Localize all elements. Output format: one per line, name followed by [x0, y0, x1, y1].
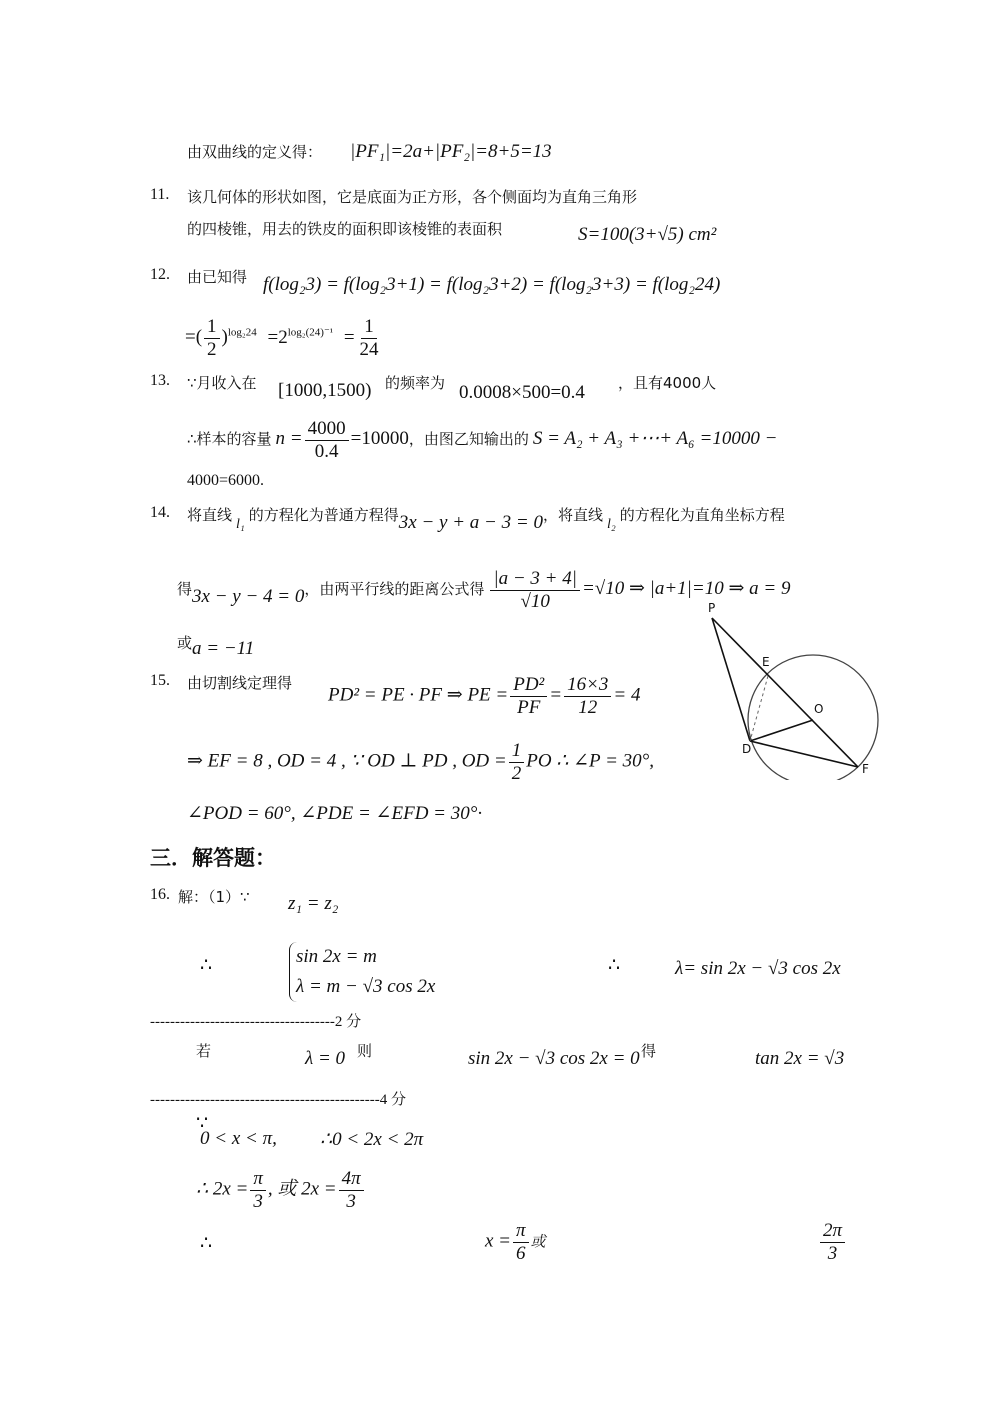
q15-line2: ⇒ EF = 8 , OD = 4 , ∵ OD ⊥ PD , OD =12PO…: [187, 740, 654, 785]
q15-line3: ∠POD = 60°, ∠PDE = ∠EFD = 30°·: [187, 802, 482, 825]
q16-score-1: -------------------------------------2 分: [150, 1010, 361, 1031]
section-heading: 三．解答题：: [150, 842, 276, 872]
q16-range1: 0 < x < π,: [200, 1128, 277, 1150]
q13-line3: 4000=6000.: [187, 472, 264, 490]
q15-number: 15.: [150, 672, 170, 690]
q16-cond: z₁ = z₂: [288, 893, 338, 915]
q16-ze: 则: [357, 1040, 372, 1061]
q11-line1: 该几何体的形状如图，它是底面为正方形，各个侧面均为直角三角形: [187, 186, 637, 207]
q12-number: 12.: [150, 266, 170, 284]
q16-x2: 2π3: [818, 1220, 847, 1265]
q12-line1: f(log₂3) = f(log₂3+1) = f(log₂3+2) = f(l…: [263, 274, 720, 296]
hyperbola-lead: 由双曲线的定义得：: [187, 141, 322, 162]
q14-line1: 将直线l₁的方程化为普通方程得3x − y + a − 3 = 0，将直线l₂的…: [187, 504, 785, 534]
q13-line2: ∴样本的容量 n =40000.4=10000，由图乙知输出的 S = A₂ +…: [187, 418, 777, 463]
q16-eq0: sin 2x − √3 cos 2x = 0: [468, 1048, 640, 1070]
tangent-secant-figure: P E O D F: [700, 595, 890, 780]
q16-x-solution: x =π6或: [485, 1220, 546, 1265]
label-p: P: [708, 601, 715, 615]
q16-ruo: 若: [196, 1040, 211, 1061]
q16-solution-2x: ∴ 2x =π3, 或 2x =4π3: [196, 1168, 366, 1213]
q15-line1: PD² = PE · PF ⇒ PE =PD²PF=16×312= 4: [328, 674, 641, 719]
q16-lambda: λ= sin 2x − √3 cos 2x: [675, 958, 841, 980]
label-d: D: [742, 742, 751, 756]
q14-line3: 或a = −11: [177, 632, 254, 660]
q16-therefore2: ∴: [608, 954, 620, 977]
q14-number: 14.: [150, 504, 170, 522]
q11-formula: S=100(3+√5) cm²: [578, 224, 716, 246]
q12-line2: =(12)log₂24 =2log₂(24)⁻¹ =124: [185, 316, 384, 361]
q16-system: sin 2x = m λ = m − √3 cos 2x: [289, 942, 435, 1002]
q13-mid: 的频率为: [385, 372, 445, 393]
q16-de: 得: [641, 1040, 656, 1061]
q13-interval: [1000,1500): [278, 380, 371, 402]
q16-lambda0: λ = 0: [305, 1048, 345, 1070]
q15-lead: 由切割线定理得: [187, 672, 292, 693]
hyperbola-formula: |PF₁|=2a+|PF₂|=8+5=13: [350, 141, 552, 163]
q13-calc: 0.0008×500=0.4: [459, 382, 585, 404]
q16-score-2: ----------------------------------------…: [150, 1088, 406, 1109]
q16-tan: tan 2x = √3: [755, 1048, 844, 1070]
q13-number: 13.: [150, 372, 170, 390]
label-e: E: [762, 655, 770, 669]
q16-lead: 解：（1）∵: [178, 886, 250, 907]
label-f: F: [862, 762, 869, 776]
q13-lead: ∵月收入在: [187, 372, 257, 393]
q16-therefore: ∴: [200, 954, 212, 977]
q16-range2: ∴0 < 2x < 2π: [320, 1128, 423, 1151]
q11-number: 11.: [150, 186, 169, 204]
q13-tail: ，且有4000人: [618, 372, 716, 393]
q14-line2: 得3x − y − 4 = 0，由两平行线的距离公式得 |a − 3 + 4|√…: [177, 568, 790, 613]
q12-lead: 由已知得: [187, 266, 247, 287]
label-o: O: [814, 702, 823, 716]
q16-therefore3: ∴: [200, 1232, 212, 1255]
q11-line2: 的四棱锥，用去的铁皮的面积即该棱锥的表面积: [187, 218, 502, 239]
q16-number: 16.: [150, 886, 170, 904]
